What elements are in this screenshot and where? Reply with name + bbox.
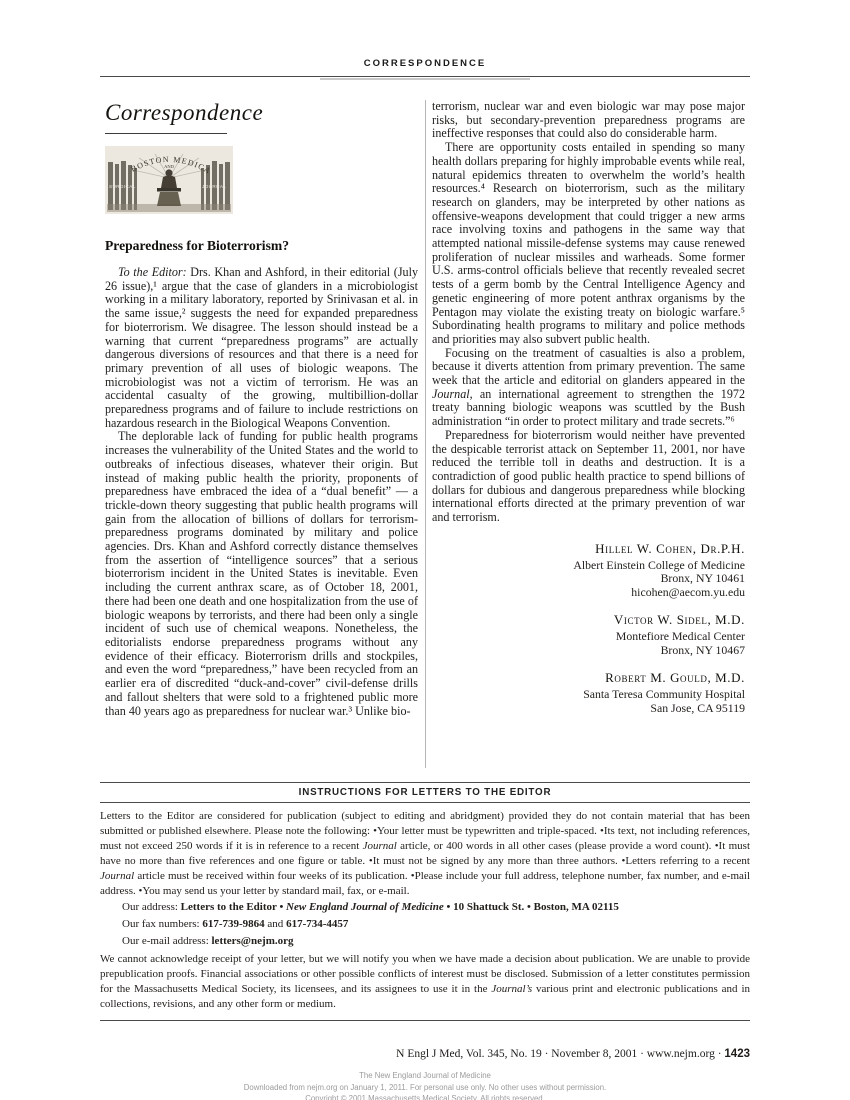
letter-paragraph-2: The deplorable lack of funding for publi… [105, 430, 418, 718]
letter-paragraph-4: There are opportunity costs entailed in … [432, 141, 745, 347]
journal-page: CORRESPONDENCE Correspondence [0, 0, 850, 1100]
left-column: Correspondence [105, 100, 418, 782]
signature-block-gould: Robert M. Gould, M.D. Santa Teresa Commu… [432, 670, 745, 715]
signature-name: Victor W. Sidel, M.D. [432, 612, 745, 628]
emblem-left-label: SURGICAL [109, 184, 136, 189]
column-divider [425, 100, 426, 768]
letter-paragraph-1-text: Drs. Khan and Ashford, in their editoria… [105, 265, 418, 430]
journal-emblem: BOSTON MEDICAL AND SURGICAL JOURNAL [105, 146, 233, 214]
signature-name: Hillel W. Cohen, Dr.P.H. [432, 541, 745, 557]
instructions-bottom-rule [100, 1020, 750, 1021]
email-line: Our e-mail address: letters@nejm.org [122, 933, 750, 950]
letter-title: Preparedness for Bioterrorism? [105, 238, 418, 254]
right-column: terrorism, nuclear war and even biologic… [432, 100, 745, 782]
running-head-rule [100, 76, 750, 77]
letter-paragraph-1: To the Editor: Drs. Khan and Ashford, in… [105, 266, 418, 430]
signature-city: San Jose, CA 95119 [432, 702, 745, 716]
signature-affiliation: Santa Teresa Community Hospital [432, 688, 745, 702]
instructions-box: INSTRUCTIONS FOR LETTERS TO THE EDITOR L… [100, 782, 750, 1021]
footer-download-note: Downloaded from nejm.org on January 1, 2… [0, 1082, 850, 1094]
address-line: Our address: Letters to the Editor • New… [122, 899, 750, 916]
letter-paragraph-6: Preparedness for bioterrorism would neit… [432, 429, 745, 525]
running-head-rule-shadow [320, 78, 530, 80]
signature-block-cohen: Hillel W. Cohen, Dr.P.H. Albert Einstein… [432, 541, 745, 600]
signature-city: Bronx, NY 10467 [432, 644, 745, 658]
footer-journal-name: The New England Journal of Medicine [0, 1070, 850, 1082]
letter-paragraph-5: Focusing on the treatment of casualties … [432, 347, 745, 429]
letter-paragraph-3: terrorism, nuclear war and even biologic… [432, 100, 745, 141]
footer-notes: The New England Journal of Medicine Down… [0, 1070, 850, 1100]
signature-block-sidel: Victor W. Sidel, M.D. Montefiore Medical… [432, 612, 745, 657]
signatures: Hillel W. Cohen, Dr.P.H. Albert Einstein… [432, 541, 745, 716]
fax-line: Our fax numbers: 617-739-9864 and 617-73… [122, 916, 750, 933]
signature-city: Bronx, NY 10461 [432, 572, 745, 586]
to-the-editor-lead: To the Editor: [118, 265, 187, 279]
running-head: CORRESPONDENCE [0, 58, 850, 69]
letter-columns: Correspondence [105, 100, 745, 782]
footer-copyright-note: Copyright © 2001 Massachusetts Medical S… [0, 1093, 850, 1100]
emblem-right-label: JOURNAL [202, 184, 226, 189]
signature-affiliation: Montefiore Medical Center [432, 630, 745, 644]
instructions-intro: Letters to the Editor are considered for… [100, 809, 750, 899]
signature-email: hicohen@aecom.yu.edu [432, 586, 745, 600]
instructions-closing: We cannot acknowledge receipt of your le… [100, 952, 750, 1012]
instructions-heading: INSTRUCTIONS FOR LETTERS TO THE EDITOR [100, 783, 750, 802]
section-title-rule [105, 133, 227, 134]
signature-affiliation: Albert Einstein College of Medicine [432, 559, 745, 573]
emblem-and-label: AND [164, 164, 174, 169]
column-gap [418, 100, 432, 782]
section-title: Correspondence [105, 100, 418, 126]
citation-line: N Engl J Med, Vol. 345, No. 19 · Novembe… [100, 1048, 750, 1060]
signature-name: Robert M. Gould, M.D. [432, 670, 745, 686]
instructions-body: Letters to the Editor are considered for… [100, 803, 750, 1012]
